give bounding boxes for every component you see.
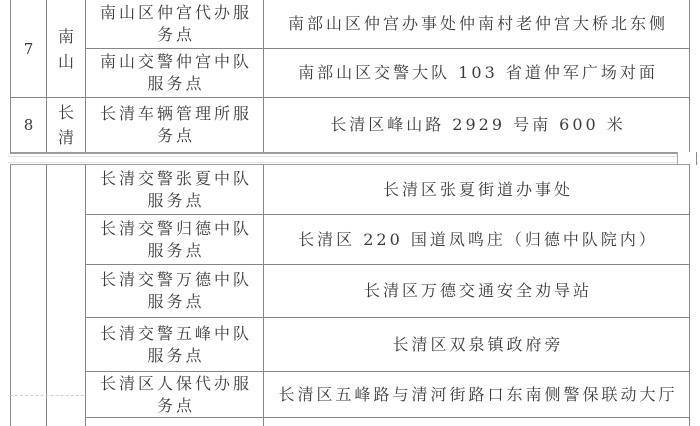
address-cell: 长清区张夏街道办事处 [264, 165, 689, 215]
service-point-cell: 长清交警五峰中队 服务点 [86, 318, 264, 372]
address-cell: 长清区峰山路 2929 号南 600 米 [264, 98, 689, 152]
address-cell: 南部山区仲宫办事处仲南村老仲宫大桥北东侧 [264, 0, 689, 49]
service-point-cell: 南山区仲宫代办服 务点 [86, 0, 264, 49]
service-point-cell-partial [86, 418, 264, 426]
address-cell: 长清区万德交通安全劝导站 [264, 265, 689, 318]
row-number-cell: 8 [11, 98, 47, 152]
service-point-cell: 长清区人保代办服 务点 [86, 372, 264, 418]
address-cell: 长清区五峰路与清河街路口东南侧警保联动大厅 [264, 372, 689, 418]
address-cell: 长清区 220 国道凤鸣庄（归德中队院内） [264, 215, 689, 265]
service-point-table-page2: 长清交警张夏中队 服务点 长清区张夏街道办事处 长清交警归德中队 服务点 长清区… [10, 164, 690, 426]
document-page: { "table_page1": { "groups": [ { "no": "… [0, 0, 700, 426]
service-point-cell: 长清交警归德中队 服务点 [86, 215, 264, 265]
service-point-table-page1: 7 南 山 南山区仲宫代办服 务点 南部山区仲宫办事处仲南村老仲宫大桥北东侧 南… [10, 0, 690, 154]
faint-dashed-row-mark [10, 395, 84, 396]
row-number-cell-empty [11, 165, 47, 426]
service-point-cell: 长清交警张夏中队 服务点 [86, 165, 264, 215]
address-cell: 长清区双泉镇政府旁 [264, 318, 689, 372]
page-break-divider [8, 156, 698, 163]
service-point-cell: 长清车辆管理所服 务点 [86, 98, 264, 152]
district-cell-empty [47, 165, 86, 426]
address-cell-partial [264, 418, 689, 426]
row-number-cell: 7 [11, 0, 47, 98]
service-point-cell: 南山交警仲宫中队 服务点 [86, 49, 264, 98]
district-cell: 南 山 [47, 0, 86, 98]
address-cell: 南部山区交警大队 103 省道仲军广场对面 [264, 49, 689, 98]
district-cell: 长 清 [47, 98, 86, 152]
service-point-cell: 长清交警万德中队 服务点 [86, 265, 264, 318]
